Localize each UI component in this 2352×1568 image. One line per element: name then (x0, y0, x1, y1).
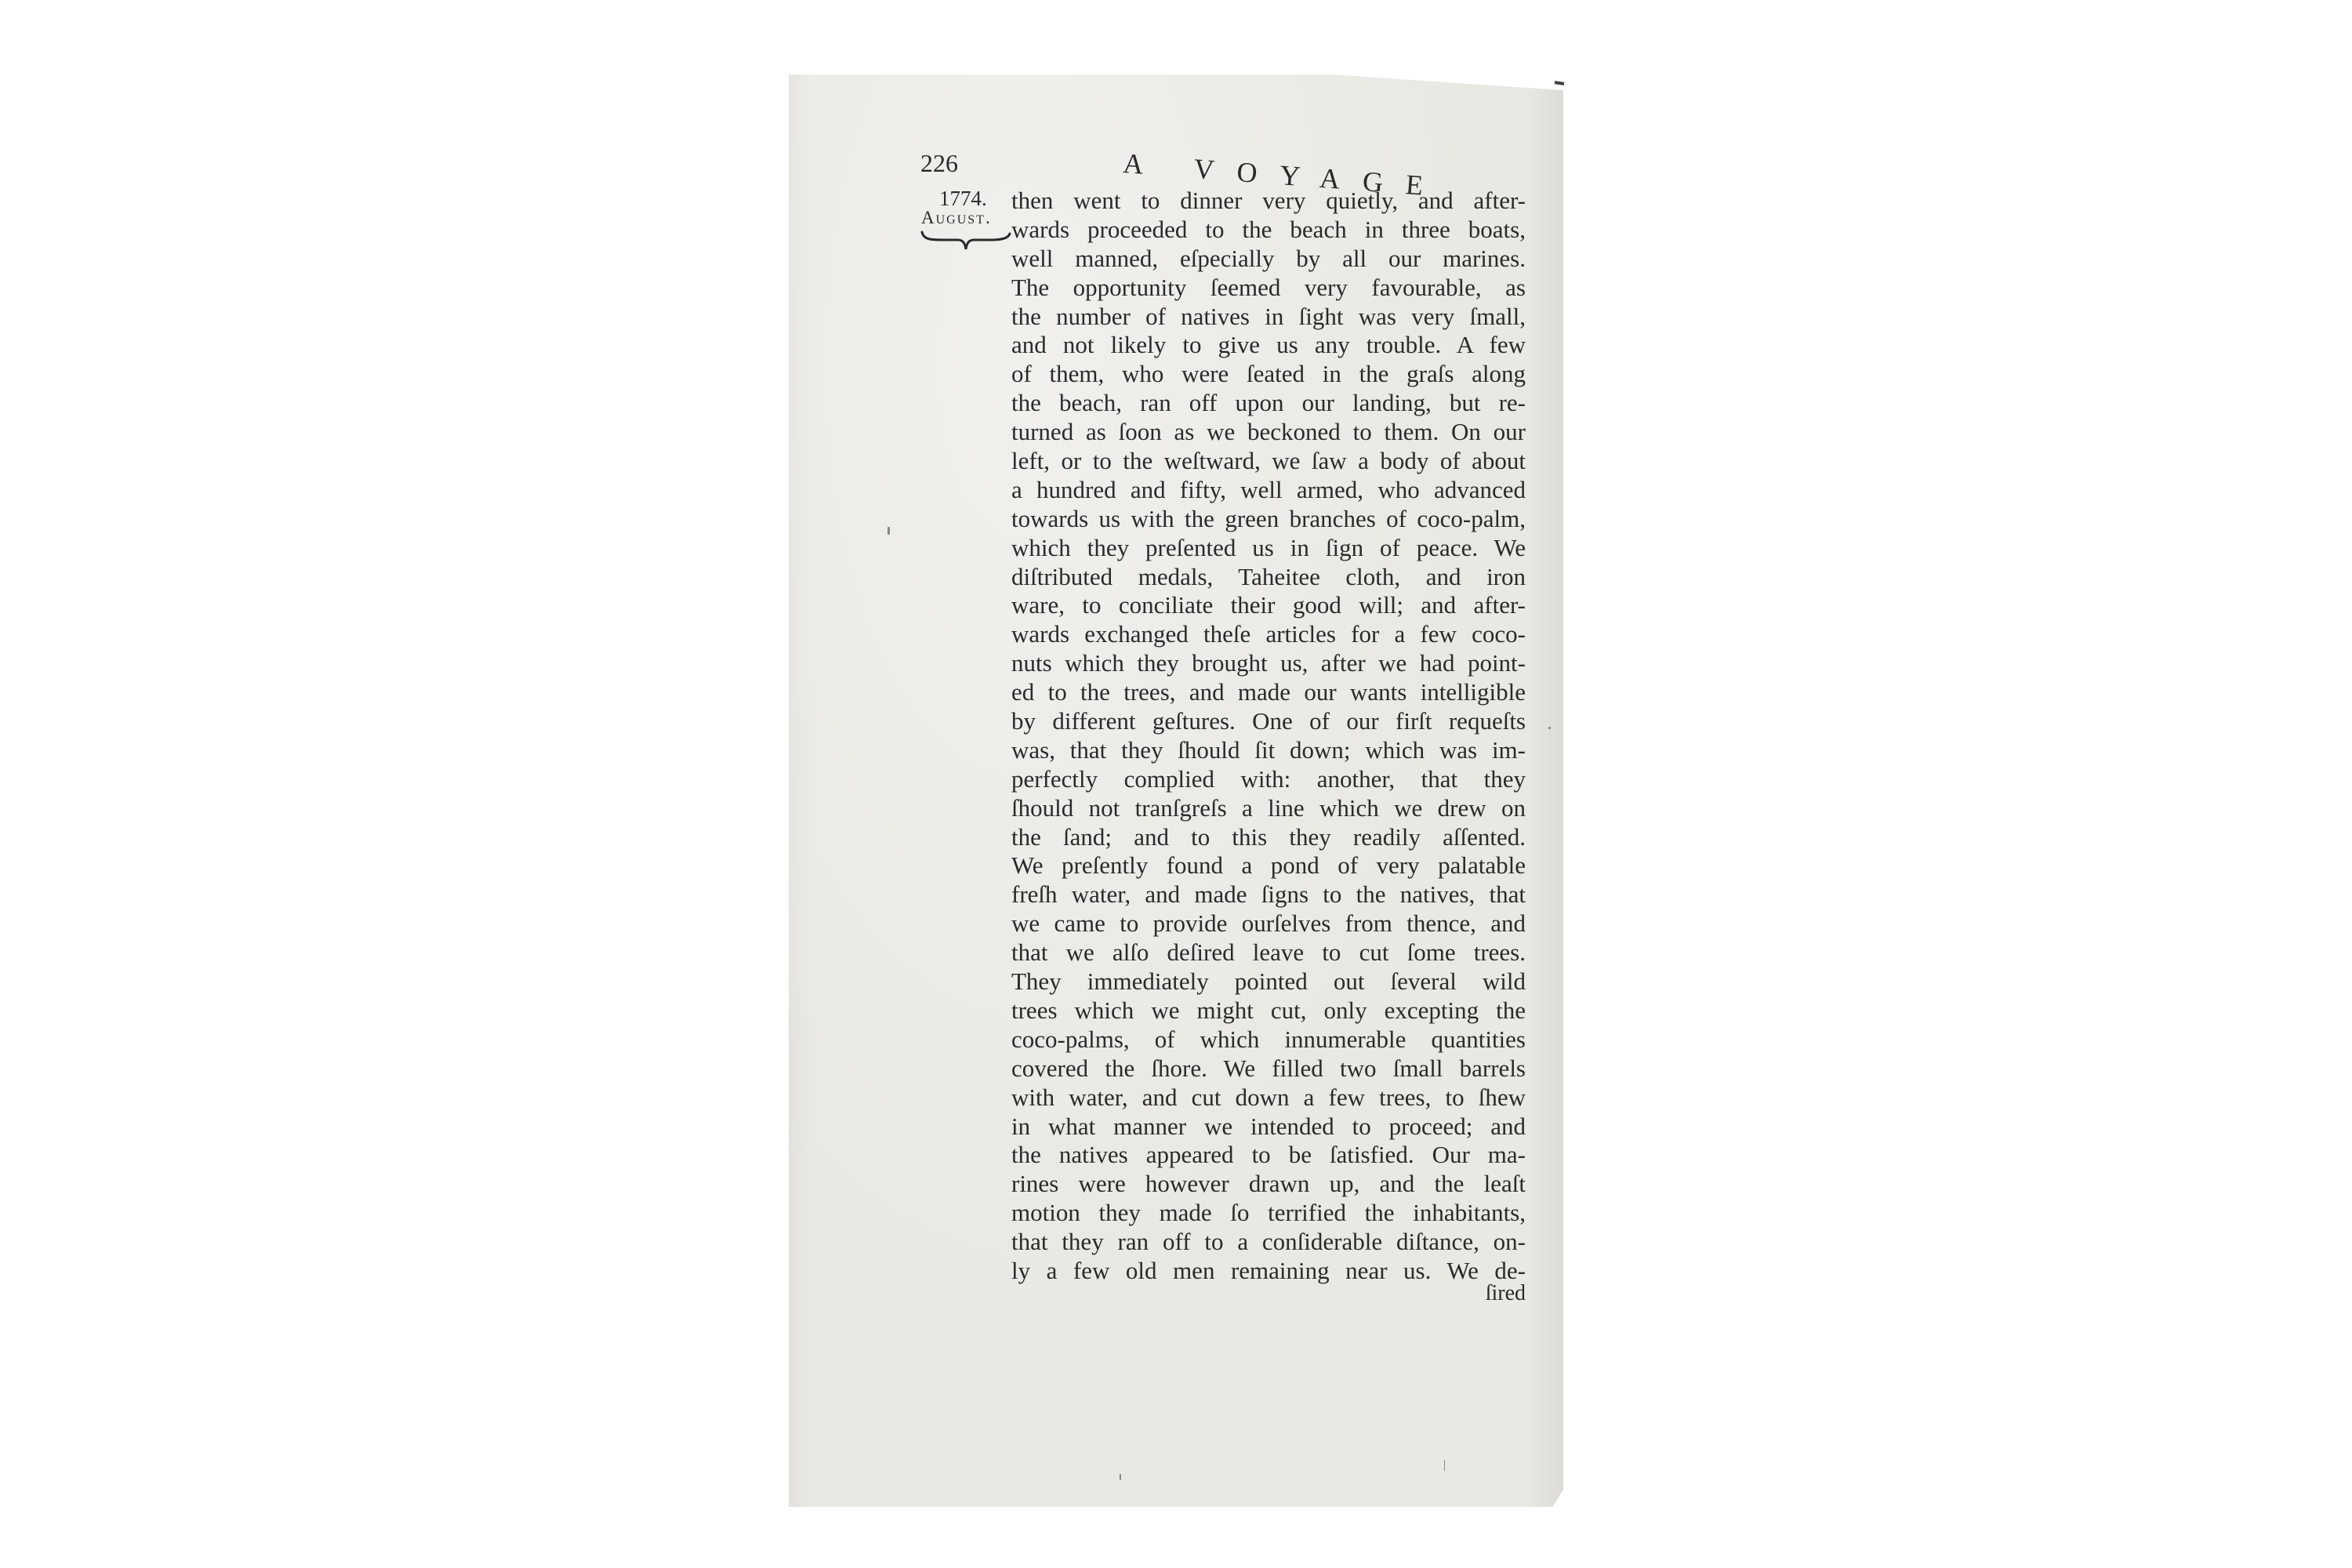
paper-speck (1444, 1460, 1445, 1471)
text-line: we came to provide ourſelves from thence… (1011, 909, 1526, 938)
text-line: wards exchanged theſe articles for a few… (1011, 620, 1526, 649)
text-line: of them, who were ſeated in the graſs al… (1011, 360, 1526, 389)
text-line: towards us with the green branches of co… (1011, 505, 1526, 534)
text-line: freſh water, and made ſigns to the nativ… (1011, 880, 1526, 909)
binding-edge (1555, 81, 1564, 85)
text-line: ware, to conciliate their good will; and… (1011, 591, 1526, 620)
margin-note-month: August. (921, 209, 992, 227)
text-line: rines were however drawn up, and the lea… (1011, 1170, 1526, 1199)
text-line: We preſently found a pond of very palata… (1011, 851, 1526, 880)
text-line: which they preſented us in ſign of peace… (1011, 534, 1526, 563)
text-line: a hundred and fifty, well armed, who adv… (1011, 476, 1526, 505)
text-line: ly a few old men remaining near us. We d… (1011, 1257, 1526, 1286)
text-line: that they ran off to a conſiderable diſt… (1011, 1228, 1526, 1257)
text-line: perfectly complied with: another, that t… (1011, 765, 1526, 794)
text-line: wards proceeded to the beach in three bo… (1011, 216, 1526, 245)
text-line: turned as ſoon as we beckoned to them. O… (1011, 418, 1526, 447)
text-line: left, or to the weſtward, we ſaw a body … (1011, 447, 1526, 476)
text-line: well manned, eſpecially by all our marin… (1011, 245, 1526, 274)
text-line: with water, and cut down a few trees, to… (1011, 1083, 1526, 1112)
text-line: coco-palms, of which innumerable quantit… (1011, 1025, 1526, 1054)
text-line: ſhould not tranſgreſs a line which we dr… (1011, 794, 1526, 823)
page-number: 226 (920, 151, 958, 176)
paper-speck (1120, 1474, 1121, 1480)
text-line: the number of natives in ſight was very … (1011, 303, 1526, 332)
text-line: diſtributed medals, Taheitee cloth, and … (1011, 563, 1526, 592)
text-line: covered the ſhore. We filled two ſmall b… (1011, 1054, 1526, 1083)
text-line: the beach, ran off upon our landing, but… (1011, 389, 1526, 418)
text-line: motion they made ſo terrified the inhabi… (1011, 1199, 1526, 1228)
body-text: then went to dinner very quietly, and af… (1011, 187, 1526, 1308)
text-line: nuts which they brought us, after we had… (1011, 649, 1526, 678)
text-line: The opportunity ſeemed very favourable, … (1011, 274, 1526, 303)
text-line: trees which we might cut, only excepting… (1011, 996, 1526, 1025)
text-line: in what manner we intended to proceed; a… (1011, 1112, 1526, 1142)
text-line: and not likely to give us any trouble. A… (1011, 331, 1526, 360)
text-line: They immediately pointed out ſeveral wil… (1011, 967, 1526, 996)
paper-speck (887, 527, 890, 535)
text-line: was, that they ſhould ſit down; which wa… (1011, 736, 1526, 765)
text-line: the ſand; and to this they readily aſſen… (1011, 823, 1526, 852)
margin-note-year: 1774. (939, 188, 987, 209)
text-line: then went to dinner very quietly, and af… (1011, 187, 1526, 216)
text-line: by different geſtures. One of our firſt … (1011, 707, 1526, 736)
text-line: the natives appeared to be ſatisfied. Ou… (1011, 1141, 1526, 1170)
text-line: ed to the trees, and made our wants inte… (1011, 678, 1526, 707)
text-line: that we alſo deſired leave to cut ſome t… (1011, 938, 1526, 967)
paper-speck (1548, 727, 1551, 729)
curly-brace-icon (920, 230, 1011, 251)
